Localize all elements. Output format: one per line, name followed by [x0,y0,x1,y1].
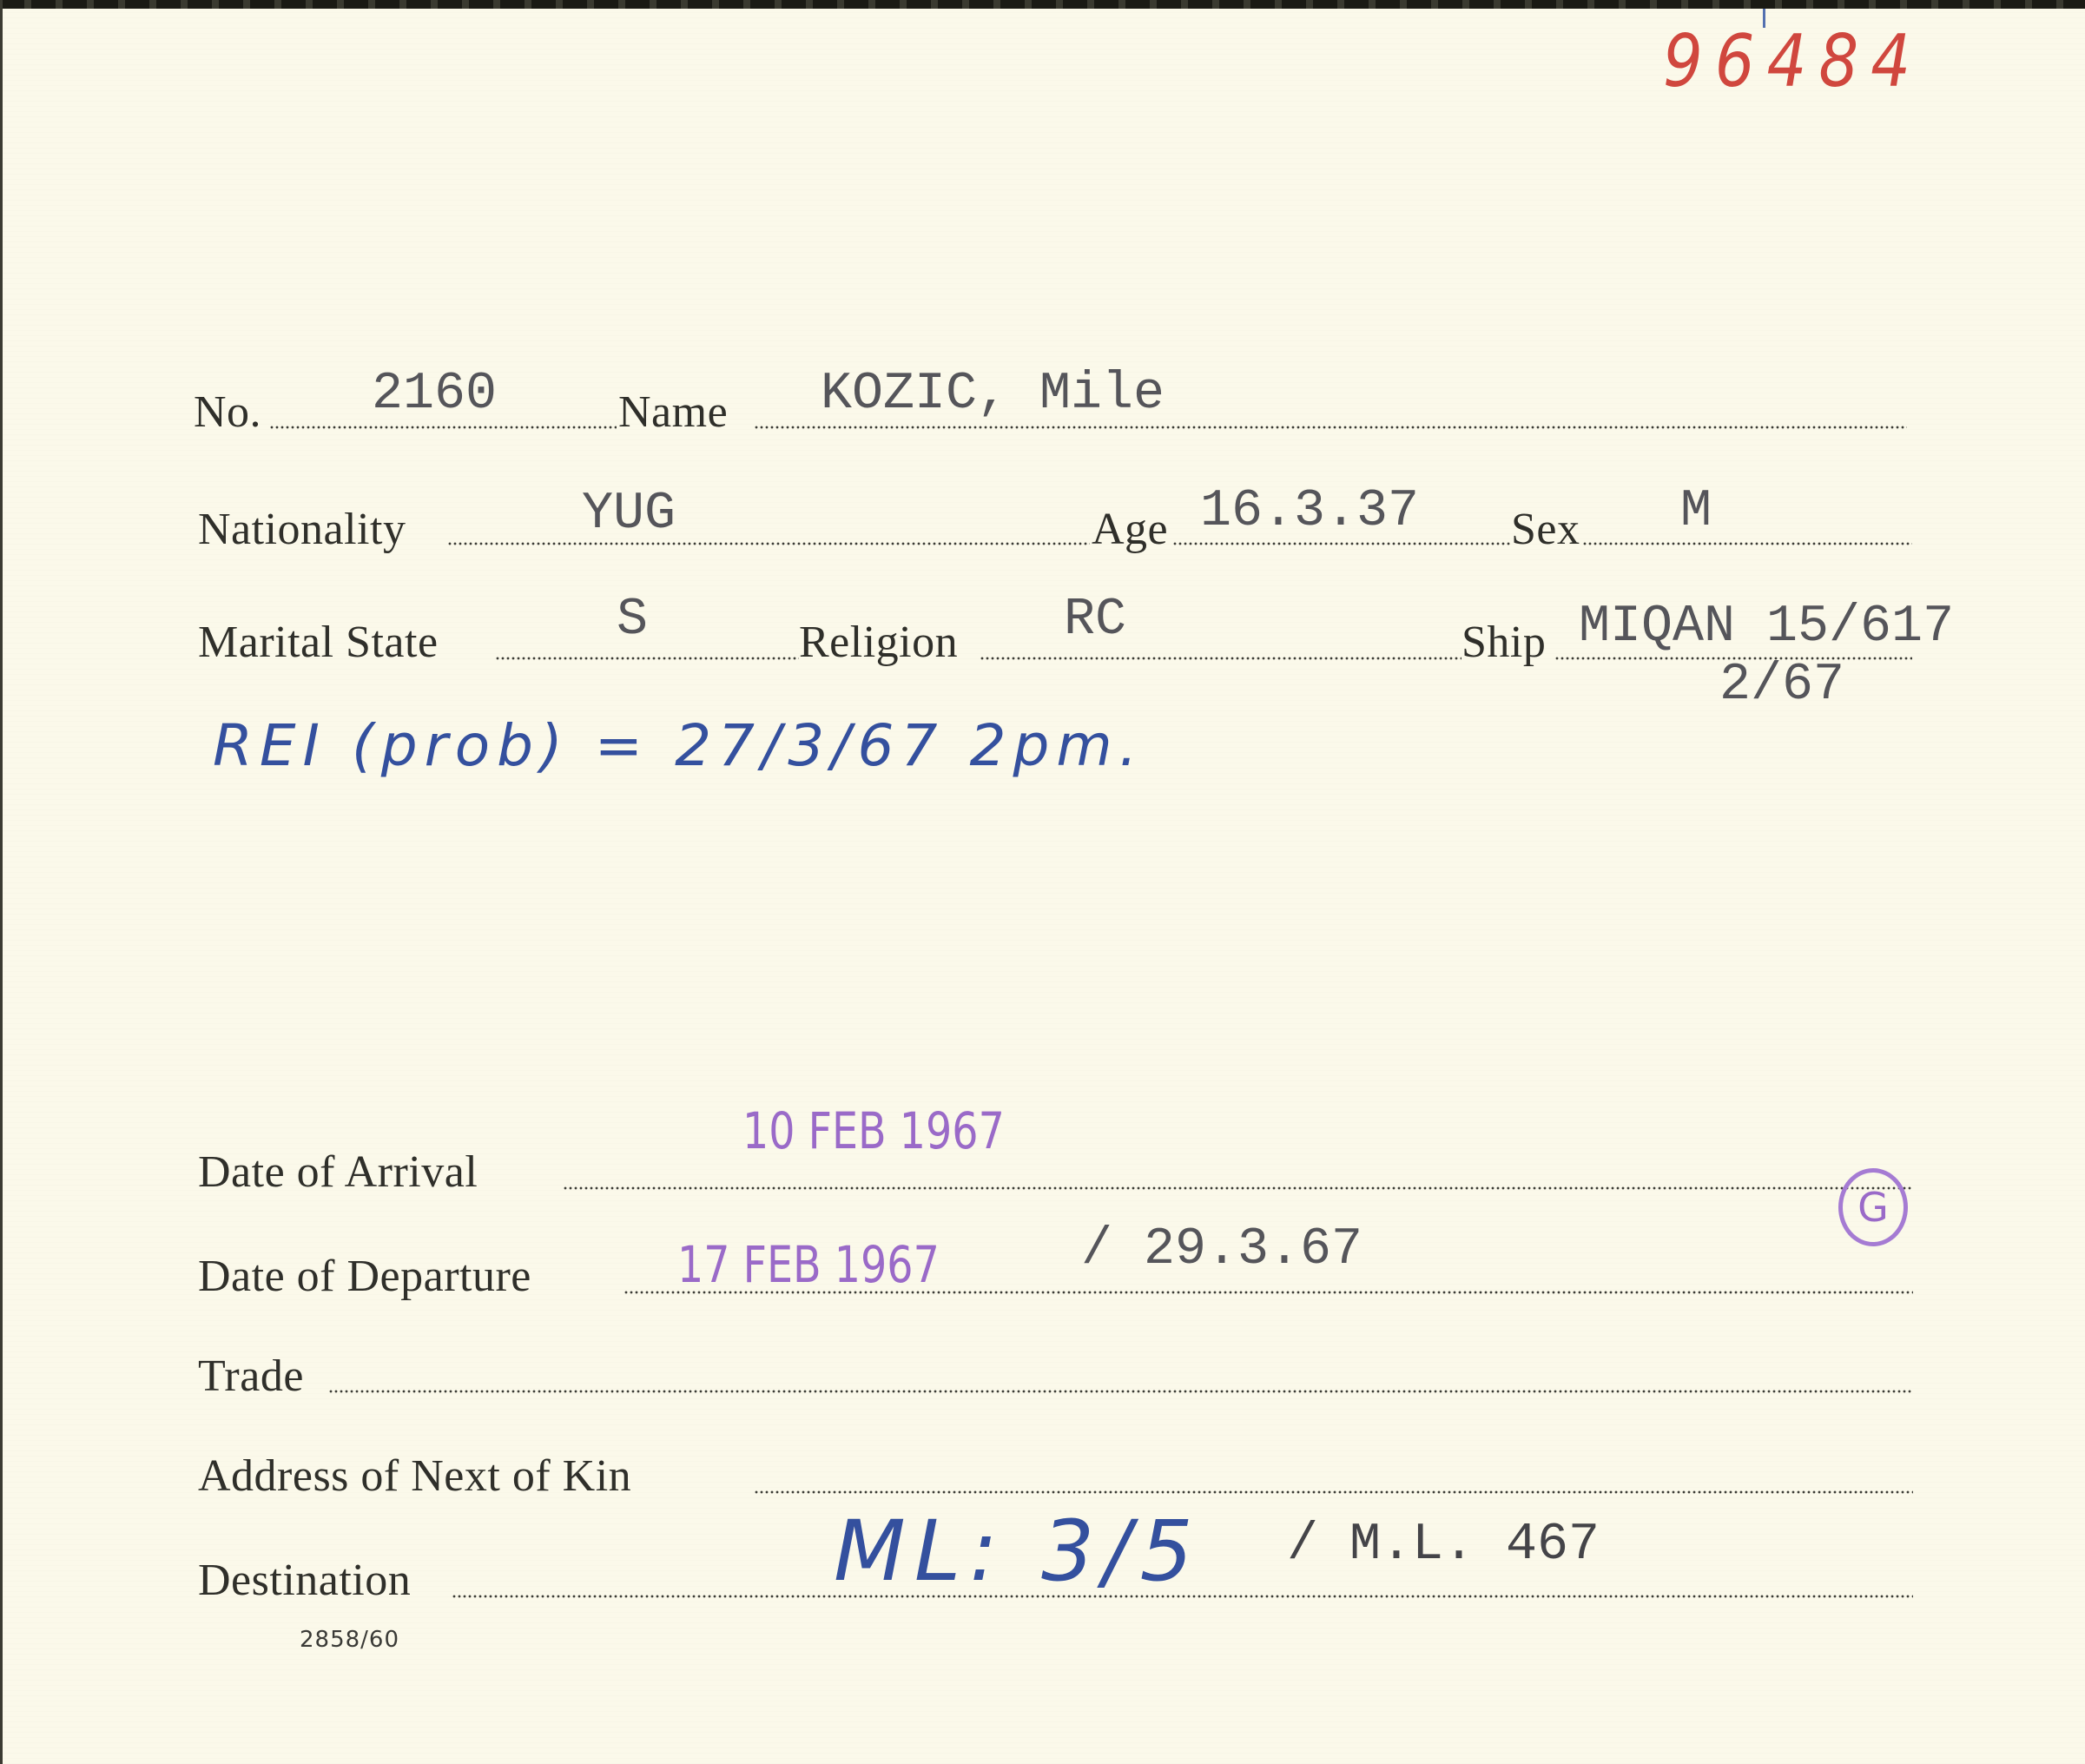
marital-state-label: Marital State [198,617,439,668]
nationality-dotted-line [447,542,1090,545]
date-of-arrival-stamp: 10 FEB 1967 [742,1101,1005,1160]
age-label: Age [1092,504,1168,555]
religion-label: Religion [799,617,958,668]
name-label: Name [618,386,728,438]
no-dotted-line [269,426,617,429]
date-of-departure-label: Date of Departure [198,1251,531,1302]
age-value: 16.3.37 [1200,482,1419,541]
no-label: No. [194,386,261,438]
sex-label: Sex [1511,504,1580,555]
circle-g-stamp: G [1838,1168,1908,1246]
form-code: 2858/60 [300,1627,399,1653]
reference-number: 96484 [1663,19,1923,103]
destination-handwritten: ML: 3/5 [834,1503,1202,1600]
next-of-kin-dotted-line [754,1490,1913,1494]
name-dotted-line [754,426,1907,429]
name-value: KOZIC, Mile [821,365,1165,424]
sex-dotted-line [1582,542,1912,545]
marital-state-value: S [617,591,648,650]
destination-label: Destination [198,1555,411,1606]
date-of-arrival-label: Date of Arrival [198,1146,478,1198]
handwritten-rei-note: REI (prob) = 27/3/67 2pm. [213,712,1145,779]
card-left-edge [0,0,3,1764]
ship-label: Ship [1461,617,1546,668]
trade-dotted-line [328,1390,1913,1393]
religion-dotted-line [980,657,1461,660]
ship-value-line2: 2/67 [1719,656,1844,715]
marital-state-dotted-line [495,657,799,660]
date-of-arrival-dotted-line [563,1186,1913,1190]
ship-value-line1: MIQAN 15/617 [1579,598,1954,657]
religion-value: RC [1064,591,1126,650]
age-dotted-line [1172,542,1511,545]
date-of-departure-stamp: 17 FEB 1967 [677,1235,940,1294]
sex-value: M [1680,482,1712,541]
no-value: 2160 [372,365,497,424]
nationality-label: Nationality [198,504,406,555]
nationality-value: YUG [582,485,676,544]
date-of-departure-typed: / 29.3.67 [1081,1220,1363,1279]
next-of-kin-label: Address of Next of Kin [198,1450,631,1502]
destination-typed: / M.L. 467 [1287,1516,1600,1575]
trade-label: Trade [198,1351,304,1402]
